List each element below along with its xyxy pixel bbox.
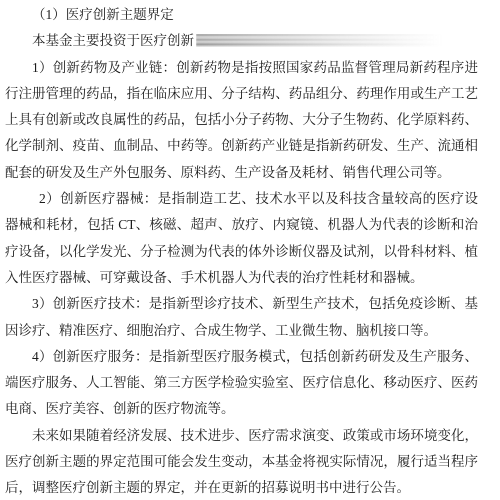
text-line: 行注册管理的药品，指在临床应用、分子结构、药品组分、药理作用或生产工艺 bbox=[5, 81, 478, 107]
text-line: 医疗创新主题的界定范围可能会发生变动，本基金将视实际情况，履行适当程序 bbox=[5, 449, 478, 475]
redaction-blur-smear bbox=[196, 34, 442, 47]
text-line: 2）创新医疗器械：是指制造工艺、技术水平以及科技含量较高的医疗设备、 bbox=[5, 186, 478, 212]
text-line: 端医疗服务、人工智能、第三方医学检验实验室、医疗信息化、移动医疗、医药 bbox=[5, 370, 478, 396]
text-line: 后，调整医疗创新主题的界定，并在更新的招募说明书中进行公告。 bbox=[5, 475, 478, 500]
text-line: 1）创新药物及产业链：创新药物是指按照国家药品监督管理局新药程序进 bbox=[5, 55, 478, 81]
text-line: 未来如果随着经济发展、技术进步、医疗需求演变、政策或市场环境变化， bbox=[5, 423, 478, 449]
text-line: 疗设备，以化学发光、分子检测为代表的体外诊断仪器及试剂，以骨科材料、植 bbox=[5, 239, 478, 265]
text-line: 入性医疗器械、可穿戴设备、手术机器人为代表的治疗性耗材和器械。 bbox=[5, 265, 478, 291]
text-line: 化学制剂、疫苗、血制品、中药等。创新药产业链是指新药研发、生产、流通相 bbox=[5, 133, 478, 159]
text-line: 配套的研发及生产外包服务、原料药、生产设备及耗材、销售代理公司等。 bbox=[5, 160, 478, 186]
text-line: 因诊疗、精准医疗、细胞治疗、合成生物学、工业微生物、脑机接口等。 bbox=[5, 318, 478, 344]
text-line: 3）创新医疗技术：是指新型诊疗技术、新型生产技术，包括免疫诊断、基 bbox=[5, 291, 478, 317]
text-line: 电商、医疗美容、创新的医疗物流等。 bbox=[5, 396, 478, 422]
text-line: 4）创新医疗服务：是指新型医疗服务模式，包括创新药研发及生产服务、高 bbox=[5, 344, 478, 370]
text-line: 上具有创新或改良属性的药品，包括小分子药物、大分子生物药、化学原料药、 bbox=[5, 107, 478, 133]
document-page: （1）医疗创新主题界定 本基金主要投资于医疗创新 1）创新药物及产业链：创新药物… bbox=[0, 0, 500, 500]
text-line: 器械和耗材，包括 CT、核磁、超声、放疗、内窥镜、机器人为代表的诊断和治 bbox=[5, 212, 478, 238]
section-heading: （1）医疗创新主题界定 bbox=[5, 2, 478, 28]
